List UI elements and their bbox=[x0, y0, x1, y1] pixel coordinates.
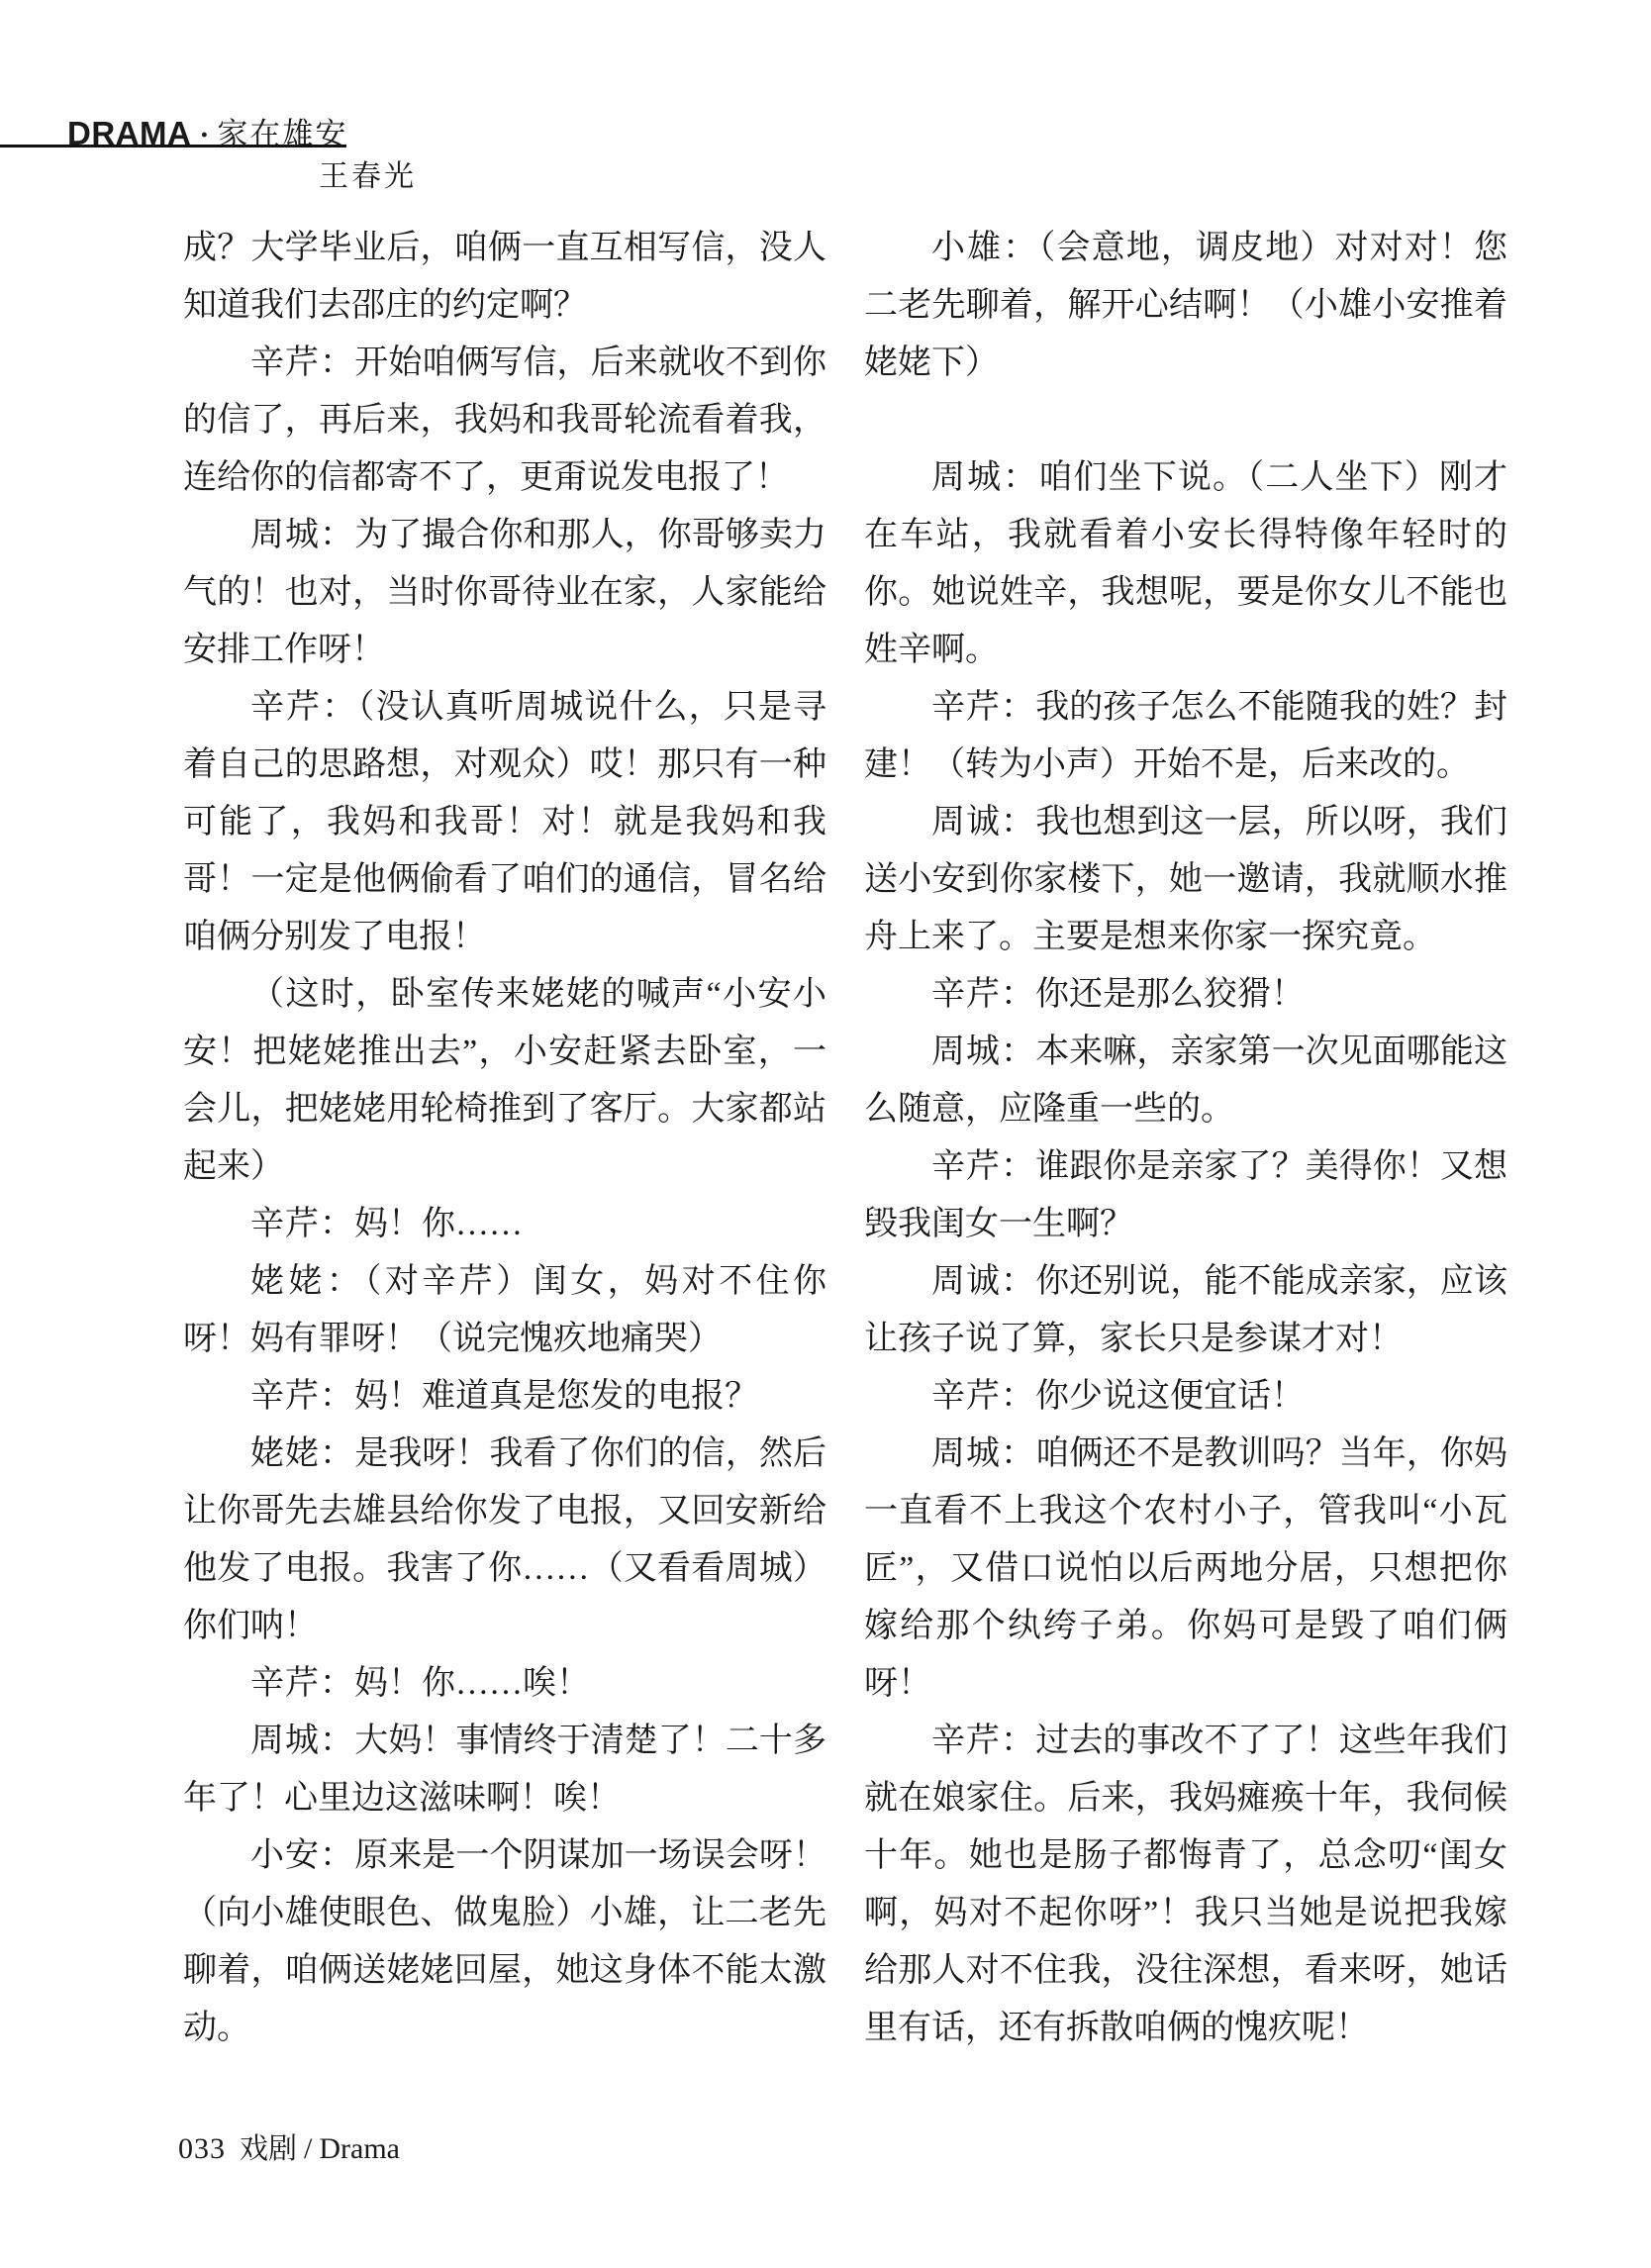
footer-section-en: Drama bbox=[319, 2132, 400, 2166]
script-paragraph: 姥姥：（对辛芹）闺女，妈对不住你呀！妈有罪呀！（说完愧疚地痛哭） bbox=[183, 1253, 826, 1368]
page-footer: 033 戏剧 / Drama bbox=[178, 2126, 400, 2167]
script-paragraph: 辛芹：妈！你……唉！ bbox=[183, 1655, 826, 1713]
magazine-page: { "colors": { "ink": "#1a1a1a", "paper":… bbox=[0, 0, 1651, 2268]
script-paragraph: 周城：为了撮合你和那人，你哥够卖力气的！也对，当时你哥待业在家，人家能给安排工作… bbox=[183, 507, 826, 679]
footer-slash: / bbox=[304, 2132, 312, 2166]
speaker-name: 辛芹： bbox=[931, 1723, 1035, 1759]
script-paragraph: 辛芹：你少说这便宜话！ bbox=[864, 1368, 1507, 1426]
script-paragraph: 周诚：你还别说，能不能成亲家，应该让孩子说了算，家长只是参谋才对！ bbox=[864, 1253, 1507, 1368]
script-paragraph: （这时，卧室传来姥姥的喊声“小安小安！把姥姥推出去”，小安赶紧去卧室，一会儿，把… bbox=[183, 966, 826, 1196]
script-paragraph: 周城：大妈！事情终于清楚了！二十多年了！心里边这滋味啊！唉！ bbox=[183, 1713, 826, 1827]
speaker-name: 辛芹： bbox=[931, 689, 1035, 726]
footer-section-cn: 戏剧 bbox=[240, 2126, 297, 2167]
script-column-right: 小雄：（会意地，调皮地）对对对！您二老先聊着，解开心结啊！（小雄小安推着姥姥下）… bbox=[864, 220, 1507, 2057]
script-paragraph: 辛芹：你还是那么狡猾！ bbox=[864, 966, 1507, 1024]
speaker-name: 周诚： bbox=[931, 1263, 1035, 1300]
script-paragraph: 周诚：我也想到这一层，所以呀，我们送小安到你家楼下，她一邀请，我就顺水推舟上来了… bbox=[864, 794, 1507, 966]
script-paragraph: 辛芹：我的孩子怎么不能随我的姓？封建！（转为小声）开始不是，后来改的。 bbox=[864, 679, 1507, 794]
speaker-name: 小安： bbox=[250, 1837, 354, 1874]
speaker-name: 姥姥： bbox=[250, 1263, 364, 1300]
script-paragraph: 周城：咱俩还不是教训吗？当年，你妈一直看不上我这个农村小子，管我叫“小瓦匠”，又… bbox=[864, 1426, 1507, 1713]
script-paragraph: 辛芹：开始咱俩写信，后来就收不到你的信了，再后来，我妈和我哥轮流看着我，连给你的… bbox=[183, 335, 826, 507]
speaker-name: 周诚： bbox=[931, 804, 1035, 840]
speaker-name: 辛芹： bbox=[931, 1378, 1035, 1415]
script-paragraph: 辛芹：妈！难道真是您发的电报？ bbox=[183, 1368, 826, 1426]
speaker-name: 辛芹： bbox=[250, 345, 354, 381]
script-paragraph: 辛芹：谁跟你是亲家了？美得你！又想毁我闺女一生啊？ bbox=[864, 1138, 1507, 1253]
script-paragraph: 小安：原来是一个阴谋加一场误会呀！（向小雄使眼色、做鬼脸）小雄，让二老先聊着，咱… bbox=[183, 1827, 826, 2057]
author-name: 王春光 bbox=[319, 151, 417, 195]
speaker-name: 周城： bbox=[931, 1034, 1035, 1070]
speaker-name: 周城： bbox=[250, 517, 354, 553]
speaker-name: 周城： bbox=[931, 1435, 1035, 1472]
speaker-name: 辛芹： bbox=[250, 1665, 354, 1702]
header-rule bbox=[0, 145, 346, 148]
speaker-name: 周城： bbox=[931, 459, 1038, 496]
script-paragraph: 周城：本来嘛，亲家第一次见面哪能这么随意，应隆重一些的。 bbox=[864, 1024, 1507, 1138]
script-paragraph: 辛芹：（没认真听周城说什么，只是寻着自己的思路想，对观众）哎！那只有一种可能了，… bbox=[183, 679, 826, 966]
script-paragraph: 辛芹：妈！你…… bbox=[183, 1196, 826, 1253]
speaker-name: 辛芹： bbox=[931, 976, 1035, 1013]
script-paragraph: 姥姥：是我呀！我看了你们的信，然后让你哥先去雄县给你发了电报，又回安新给他发了电… bbox=[183, 1426, 826, 1655]
script-column-left: 成？大学毕业后，咱俩一直互相写信，没人知道我们去邵庄的约定啊？辛芹：开始咱俩写信… bbox=[183, 220, 826, 2057]
speaker-name: 辛芹： bbox=[931, 1148, 1035, 1185]
speaker-name: 辛芹： bbox=[250, 689, 357, 726]
page-number: 033 bbox=[178, 2132, 226, 2166]
script-paragraph: 周城：咱们坐下说。（二人坐下）刚才在车站，我就看着小安长得特像年轻时的你。她说姓… bbox=[864, 449, 1507, 679]
speaker-name: 周城： bbox=[250, 1723, 354, 1759]
script-paragraph: 小雄：（会意地，调皮地）对对对！您二老先聊着，解开心结啊！（小雄小安推着姥姥下） bbox=[864, 220, 1507, 392]
speaker-name: 姥姥： bbox=[250, 1435, 354, 1472]
script-paragraph: 辛芹：过去的事改不了了！这些年我们就在娘家住。后来，我妈瘫痪十年，我伺候十年。她… bbox=[864, 1713, 1507, 2057]
speaker-name: 辛芹： bbox=[250, 1206, 354, 1242]
script-paragraph: 成？大学毕业后，咱俩一直互相写信，没人知道我们去邵庄的约定啊？ bbox=[183, 220, 826, 335]
speaker-name: 小雄： bbox=[931, 230, 1038, 266]
speaker-name: 辛芹： bbox=[250, 1378, 354, 1415]
